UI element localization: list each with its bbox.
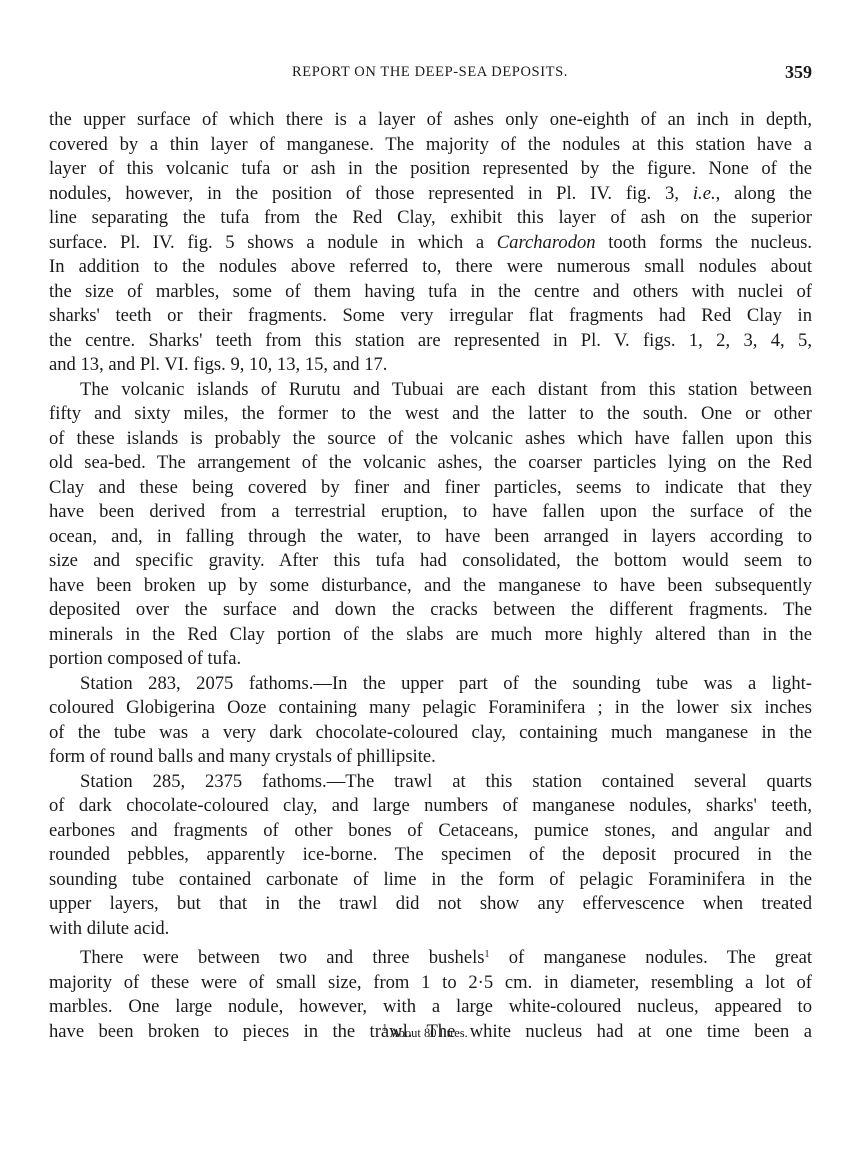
text-line: size and specific gravity. After this tu… — [49, 549, 812, 574]
footnote-mark: 1 — [382, 1023, 387, 1034]
text-line: nodules, however, in the position of tho… — [49, 182, 812, 207]
text-line: The volcanic islands of Rurutu and Tubua… — [49, 378, 812, 403]
text-line: deposited over the surface and down the … — [49, 598, 812, 623]
text-line: have been broken up by some disturbance,… — [49, 574, 812, 599]
text-segment: of manganese nodules. The great — [490, 947, 812, 968]
text-line: upper layers, but that in the trawl did … — [49, 892, 812, 917]
text-line: majority of these were of small size, fr… — [49, 971, 812, 996]
footnote: 1 About 80 litres. — [0, 1026, 850, 1041]
text-line: marbles. One large nodule, however, with… — [49, 995, 812, 1020]
text-line: In addition to the nodules above referre… — [49, 255, 812, 280]
text-line: rounded pebbles, apparently ice-borne. T… — [49, 843, 812, 868]
text-line: have been derived from a terrestrial eru… — [49, 500, 812, 525]
paragraph-1: the upper surface of which there is a la… — [49, 108, 812, 378]
text-line: Station 285, 2375 fathoms.—The trawl at … — [49, 770, 812, 795]
page-header: REPORT ON THE DEEP-SEA DEPOSITS. 359 — [48, 62, 812, 86]
text-line: fifty and sixty miles, the former to the… — [49, 402, 812, 427]
text-line: earbones and fragments of other bones of… — [49, 819, 812, 844]
text-line: line separating the tufa from the Red Cl… — [49, 206, 812, 231]
body-text: the upper surface of which there is a la… — [49, 108, 812, 1044]
text-line: with dilute acid. — [49, 917, 812, 942]
text-line: of the tube was a very dark chocolate-co… — [49, 721, 812, 746]
footnote-text: About 80 litres. — [390, 1026, 468, 1040]
text-line: of dark chocolate-coloured clay, and lar… — [49, 794, 812, 819]
text-line: the centre. Sharks' teeth from this stat… — [49, 329, 812, 354]
text-segment: There were between two and three bushels — [80, 947, 485, 968]
text-line: old sea-bed. The arrangement of the volc… — [49, 451, 812, 476]
text-line: the size of marbles, some of them having… — [49, 280, 812, 305]
text-line: ocean, and, in falling through the water… — [49, 525, 812, 550]
text-line: of these islands is probably the source … — [49, 427, 812, 452]
text-line: form of round balls and many crystals of… — [49, 745, 812, 770]
paragraph-station-285: Station 285, 2375 fathoms.—The trawl at … — [49, 770, 812, 942]
text-line: Station 283, 2075 fathoms.—In the upper … — [49, 672, 812, 697]
text-line: Clay and these being covered by finer an… — [49, 476, 812, 501]
text-line: There were between two and three bushels… — [49, 946, 812, 971]
text-line: covered by a thin layer of manganese. Th… — [49, 133, 812, 158]
running-title: REPORT ON THE DEEP-SEA DEPOSITS. — [48, 64, 812, 81]
paragraph-station-283: Station 283, 2075 fathoms.—In the upper … — [49, 672, 812, 770]
text-line: sharks' teeth or their fragments. Some v… — [49, 304, 812, 329]
text-line: surface. Pl. IV. fig. 5 shows a nodule i… — [49, 231, 812, 256]
text-line: portion composed of tufa. — [49, 647, 812, 672]
paragraph-2: The volcanic islands of Rurutu and Tubua… — [49, 378, 812, 672]
text-line: minerals in the Red Clay portion of the … — [49, 623, 812, 648]
page-number: 359 — [785, 62, 812, 83]
text-line: sounding tube contained carbonate of lim… — [49, 868, 812, 893]
text-line: the upper surface of which there is a la… — [49, 108, 812, 133]
text-line: and 13, and Pl. VI. figs. 9, 10, 13, 15,… — [49, 353, 812, 378]
text-line: coloured Globigerina Ooze containing man… — [49, 696, 812, 721]
text-line: layer of this volcanic tufa or ash in th… — [49, 157, 812, 182]
